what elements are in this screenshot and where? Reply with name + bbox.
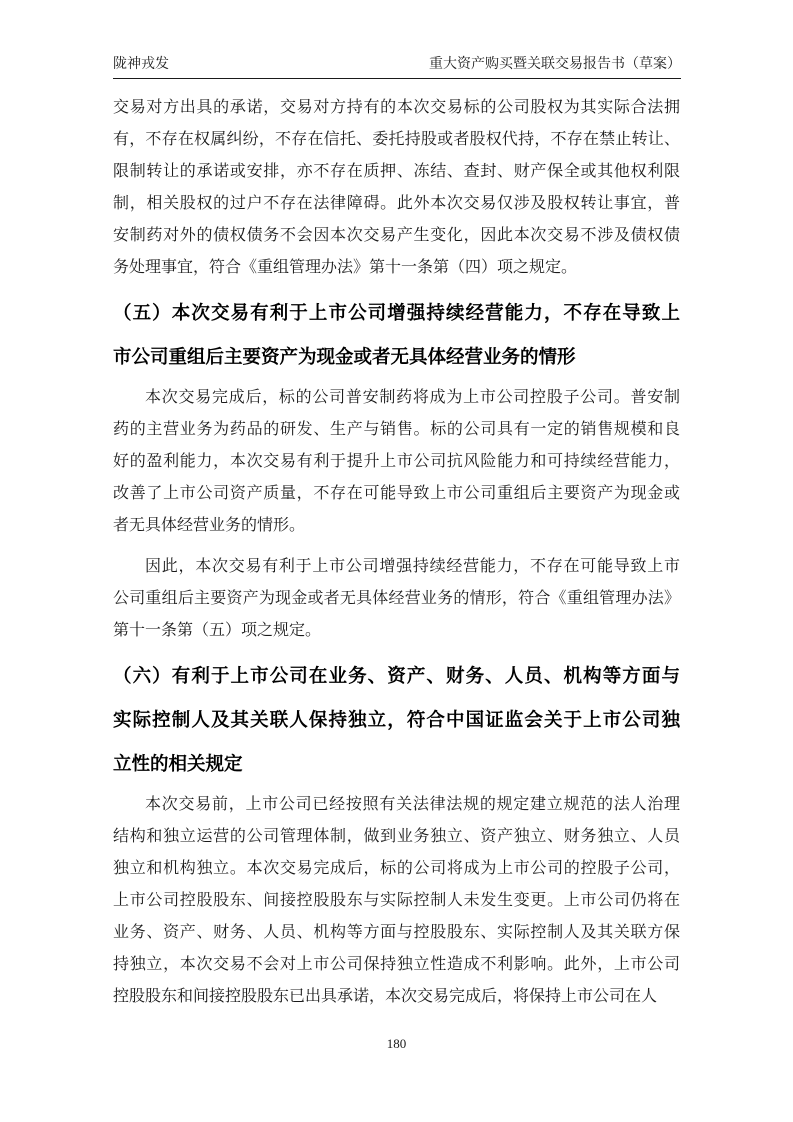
paragraph: 本次交易前，上市公司已经按照有关法律法规的规定建立规范的法人治理结构和独立运营的…	[113, 789, 680, 1013]
text-line: 独立和机构独立。本次交易完成后，标的公司将成为上市公司的控股子公司，	[113, 853, 680, 885]
text-line: 交易对方出具的承诺，交易对方持有的本次交易标的公司股权为其实际合法拥	[113, 92, 680, 124]
paragraph: 因此，本次交易有利于上市公司增强持续经营能力，不存在可能导致上市公司重组后主要资…	[113, 551, 680, 647]
page-number: 180	[387, 1036, 407, 1051]
text-line: 持独立，本次交易不会对上市公司保持独立性造成不利影响。此外，上市公司	[113, 949, 680, 981]
document-body: 交易对方出具的承诺，交易对方持有的本次交易标的公司股权为其实际合法拥有，不存在权…	[113, 92, 680, 1013]
text-line: 因此，本次交易有利于上市公司增强持续经营能力，不存在可能导致上市	[113, 551, 680, 583]
text-line: 者无具体经营业务的情形。	[113, 510, 680, 542]
text-line: 第十一条第（五）项之规定。	[113, 615, 680, 647]
header-report-title: 重大资产购买暨关联交易报告书（草案）	[429, 53, 681, 73]
text-line: 务处理事宜，符合《重组管理办法》第十一条第（四）项之规定。	[113, 252, 680, 284]
text-line: （五）本次交易有利于上市公司增强持续经营能力，不存在导致上	[113, 291, 680, 335]
page-footer: 180	[0, 1036, 793, 1052]
text-line: 公司重组后主要资产为现金或者无具体经营业务的情形，符合《重组管理办法》	[113, 583, 680, 615]
text-line: （六）有利于上市公司在业务、资产、财务、人员、机构等方面与	[113, 654, 680, 698]
text-line: 有，不存在权属纠纷，不存在信托、委托持股或者股权代持，不存在禁止转让、	[113, 124, 680, 156]
paragraph: 交易对方出具的承诺，交易对方持有的本次交易标的公司股权为其实际合法拥有，不存在权…	[113, 92, 680, 284]
text-line: 制，相关股权的过户不存在法律障碍。此外本次交易仅涉及股权转让事宜，普	[113, 188, 680, 220]
text-line: 业务、资产、财务、人员、机构等方面与控股股东、实际控制人及其关联方保	[113, 917, 680, 949]
text-line: 改善了上市公司资产质量，不存在可能导致上市公司重组后主要资产为现金或	[113, 478, 680, 510]
text-line: 好的盈利能力，本次交易有利于提升上市公司抗风险能力和可持续经营能力，	[113, 446, 680, 478]
text-line: 控股股东和间接控股股东已出具承诺，本次交易完成后，将保持上市公司在人	[113, 981, 680, 1013]
text-line: 安制药对外的债权债务不会因本次交易产生变化，因此本次交易不涉及债权债	[113, 220, 680, 252]
document-page: 陇神戎发 重大资产购买暨关联交易报告书（草案） 交易对方出具的承诺，交易对方持有…	[0, 0, 793, 1122]
header-company-short-name: 陇神戎发	[113, 53, 169, 73]
section-heading: （五）本次交易有利于上市公司增强持续经营能力，不存在导致上市公司重组后主要资产为…	[113, 291, 680, 379]
text-line: 本次交易完成后，标的公司普安制药将成为上市公司控股子公司。普安制	[113, 382, 680, 414]
text-line: 上市公司控股股东、间接控股股东与实际控制人未发生变更。上市公司仍将在	[113, 885, 680, 917]
text-line: 药的主营业务为药品的研发、生产与销售。标的公司具有一定的销售规模和良	[113, 414, 680, 446]
text-line: 结构和独立运营的公司管理体制，做到业务独立、资产独立、财务独立、人员	[113, 821, 680, 853]
text-line: 市公司重组后主要资产为现金或者无具体经营业务的情形	[113, 335, 680, 379]
text-line: 本次交易前，上市公司已经按照有关法律法规的规定建立规范的法人治理	[113, 789, 680, 821]
text-line: 限制转让的承诺或安排，亦不存在质押、冻结、查封、财产保全或其他权利限	[113, 156, 680, 188]
paragraph: 本次交易完成后，标的公司普安制药将成为上市公司控股子公司。普安制药的主营业务为药…	[113, 382, 680, 542]
section-heading: （六）有利于上市公司在业务、资产、财务、人员、机构等方面与实际控制人及其关联人保…	[113, 654, 680, 786]
text-line: 实际控制人及其关联人保持独立，符合中国证监会关于上市公司独	[113, 698, 680, 742]
page-header: 陇神戎发 重大资产购买暨关联交易报告书（草案）	[113, 53, 681, 79]
text-line: 立性的相关规定	[113, 742, 680, 786]
